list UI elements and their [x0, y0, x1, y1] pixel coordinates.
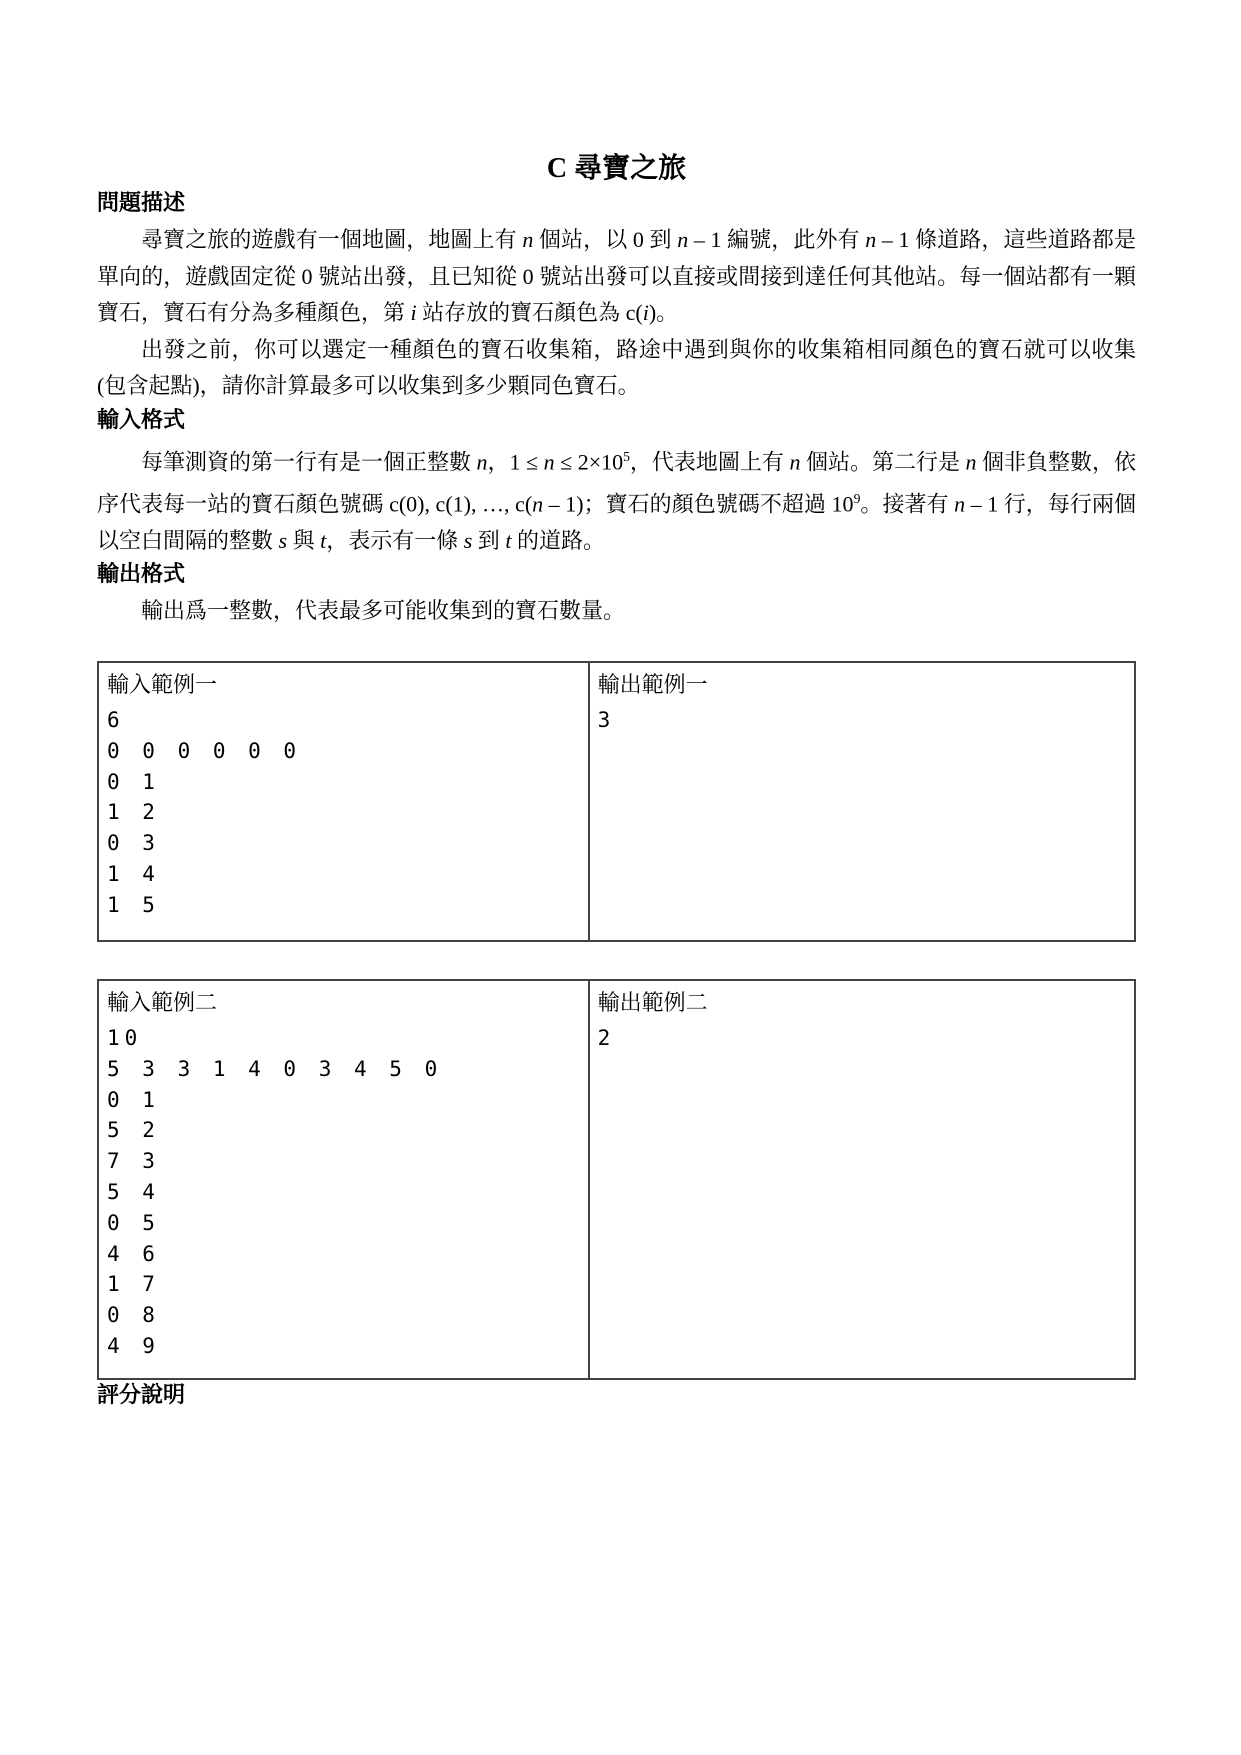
example-1-input-label: 輸入範例一	[107, 669, 578, 701]
paragraph: 尋寶之旅的遊戲有一個地圖，地圖上有 n 個站，以 0 到 n – 1 編號，此外…	[97, 222, 1136, 332]
output-format-paragraphs: 輸出爲一整數，代表最多可能收集到的寶石數量。	[97, 593, 1136, 630]
paragraph: 出發之前，你可以選定一種顏色的寶石收集箱，路途中遇到與你的收集箱相同顏色的寶石就…	[97, 332, 1136, 405]
example-2-input-label: 輸入範例二	[107, 987, 578, 1019]
section-heading-scoring: 評分說明	[97, 1380, 1136, 1410]
problem-description-paragraphs: 尋寶之旅的遊戲有一個地圖，地圖上有 n 個站，以 0 到 n – 1 編號，此外…	[97, 222, 1136, 405]
example-1-output-cell: 輸出範例一 3	[590, 663, 1134, 940]
example-2-input-cell: 輸入範例二 10 5 3 3 1 4 0 3 4 5 0 0 1 5 2 7 3…	[99, 981, 590, 1378]
section-heading-output-format: 輸出格式	[97, 559, 1136, 589]
example-2-output-code: 2	[598, 1023, 1124, 1054]
example-1-output-code: 3	[598, 705, 1124, 736]
example-2-output-cell: 輸出範例二 2	[590, 981, 1134, 1378]
example-2-input-code: 10 5 3 3 1 4 0 3 4 5 0 0 1 5 2 7 3 5 4 0…	[107, 1023, 578, 1362]
page-title: C 尋寶之旅	[97, 150, 1136, 188]
example-2-output-label: 輸出範例二	[598, 987, 1124, 1019]
input-format-paragraphs: 每筆測資的第一行有是一個正整數 n，1 ≤ n ≤ 2×105，代表地圖上有 n…	[97, 439, 1136, 559]
example-table-2: 輸入範例二 10 5 3 3 1 4 0 3 4 5 0 0 1 5 2 7 3…	[97, 979, 1136, 1380]
paragraph: 輸出爲一整數，代表最多可能收集到的寶石數量。	[97, 593, 1136, 630]
example-1-output-label: 輸出範例一	[598, 669, 1124, 701]
paragraph: 每筆測資的第一行有是一個正整數 n，1 ≤ n ≤ 2×105，代表地圖上有 n…	[97, 439, 1136, 559]
section-heading-input-format: 輸入格式	[97, 405, 1136, 435]
example-1-input-code: 6 0 0 0 0 0 0 0 1 1 2 0 3 1 4 1 5	[107, 705, 578, 921]
document-page: C 尋寶之旅 問題描述 尋寶之旅的遊戲有一個地圖，地圖上有 n 個站，以 0 到…	[97, 0, 1136, 1410]
example-1-input-cell: 輸入範例一 6 0 0 0 0 0 0 0 1 1 2 0 3 1 4 1 5	[99, 663, 590, 940]
section-heading-problem-description: 問題描述	[97, 188, 1136, 218]
example-table-1: 輸入範例一 6 0 0 0 0 0 0 0 1 1 2 0 3 1 4 1 5 …	[97, 661, 1136, 942]
